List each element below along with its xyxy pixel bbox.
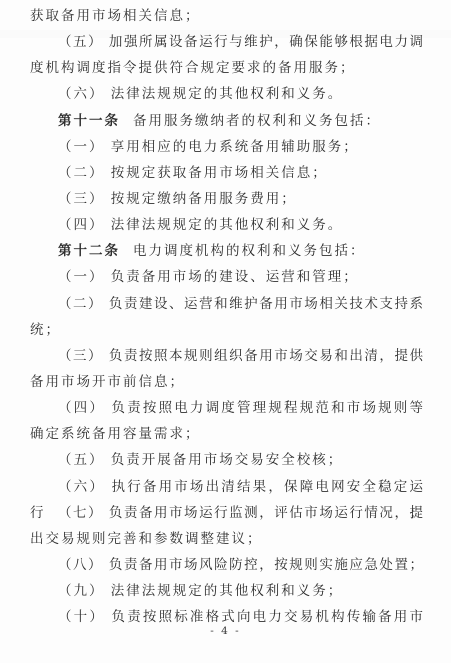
body-text: 确定系统备用容量需求； <box>30 426 201 442</box>
body-text: （一） 享用相应的电力系统备用辅助服务； <box>58 139 359 155</box>
body-text: （三） 负责按照本规则组织备用市场交易和出清，提供 <box>58 348 424 364</box>
document-line: 获取备用市场相关信息； <box>30 3 424 29</box>
document-line: （八） 负责备用市场风险防控，按规则实施应急处置； <box>30 552 424 578</box>
page-number: - 4 - <box>0 625 451 637</box>
body-text: （九） 法律法规规定的其他权利和义务； <box>58 583 343 599</box>
document-line: （七） 负责备用市场运行监测，评估市场运行情况，提 <box>30 500 424 526</box>
document-line: （三） 负责按照本规则组织备用市场交易和出清，提供 <box>30 343 424 369</box>
body-text: （四） 法律法规规定的其他权利和义务。 <box>58 217 343 233</box>
document-line: （二） 负责建设、运营和维护备用市场相关技术支持系 <box>30 291 424 317</box>
document-page: 获取备用市场相关信息；（五） 加强所属设备运行与维护，确保能够根据电力调度机构调… <box>0 0 451 663</box>
document-line: （五） 负责开展备用市场交易安全校核； <box>30 447 424 473</box>
document-line: 第十一条备用服务缴纳者的权利和义务包括： <box>30 108 424 134</box>
body-text: 度机构调度指令提供符合规定要求的备用服务； <box>30 60 356 76</box>
body-text: （四） 负责按照电力调度管理规程规范和市场规则等 <box>58 400 424 416</box>
document-line: （二） 按规定获取备用市场相关信息； <box>30 160 424 186</box>
body-text: 电力调度机构的权利和义务包括： <box>133 243 366 259</box>
document-line: （九） 法律法规规定的其他权利和义务； <box>30 578 424 604</box>
body-text: （八） 负责备用市场风险防控，按规则实施应急处置； <box>58 557 424 573</box>
body-text: （二） 按规定获取备用市场相关信息； <box>58 165 328 181</box>
document-line: 确定系统备用容量需求； <box>30 421 424 447</box>
article-heading-text: 第十二条 <box>58 243 120 259</box>
body-text: （一） 负责备用市场的建设、运营和管理； <box>58 269 359 285</box>
article-heading-text: 第十一条 <box>58 113 120 129</box>
document-line: （四） 负责按照电力调度管理规程规范和市场规则等 <box>30 395 424 421</box>
body-text: （五） 负责开展备用市场交易安全校核； <box>58 452 343 468</box>
body-text: （二） 负责建设、运营和维护备用市场相关技术支持系 <box>58 296 424 312</box>
document-line: （一） 负责备用市场的建设、运营和管理； <box>30 264 424 290</box>
document-line: （四） 法律法规规定的其他权利和义务。 <box>30 212 424 238</box>
document-line: 出交易规则完善和参数调整建议； <box>30 526 424 552</box>
body-text: 获取备用市场相关信息； <box>30 8 201 24</box>
document-body: 获取备用市场相关信息；（五） 加强所属设备运行与维护，确保能够根据电力调度机构调… <box>30 3 424 630</box>
body-text: （五） 加强所属设备运行与维护，确保能够根据电力调 <box>58 34 424 50</box>
body-text: 备用市场开市前信息； <box>30 374 185 390</box>
body-text: 统； <box>30 322 61 338</box>
document-line: 统； <box>30 317 424 343</box>
document-line: （一） 享用相应的电力系统备用辅助服务； <box>30 134 424 160</box>
document-line: 度机构调度指令提供符合规定要求的备用服务； <box>30 55 424 81</box>
document-line: （五） 加强所属设备运行与维护，确保能够根据电力调 <box>30 29 424 55</box>
body-text: 出交易规则完善和参数调整建议； <box>30 531 263 547</box>
document-line: 第十二条电力调度机构的权利和义务包括： <box>30 238 424 264</box>
document-line: （六） 执行备用市场出清结果，保障电网安全稳定运行； <box>30 474 424 500</box>
body-text: （十） 负责按照标准格式向电力交易机构传输备用市 <box>58 609 424 625</box>
document-line: 备用市场开市前信息； <box>30 369 424 395</box>
body-text: （三） 按规定缴纳备用服务费用； <box>58 191 297 207</box>
body-text: 备用服务缴纳者的权利和义务包括： <box>133 113 381 129</box>
body-text: （六） 法律法规规定的其他权利和义务。 <box>58 86 343 102</box>
body-text: （七） 负责备用市场运行监测，评估市场运行情况，提 <box>58 505 424 521</box>
document-line: （三） 按规定缴纳备用服务费用； <box>30 186 424 212</box>
document-line: （六） 法律法规规定的其他权利和义务。 <box>30 81 424 107</box>
